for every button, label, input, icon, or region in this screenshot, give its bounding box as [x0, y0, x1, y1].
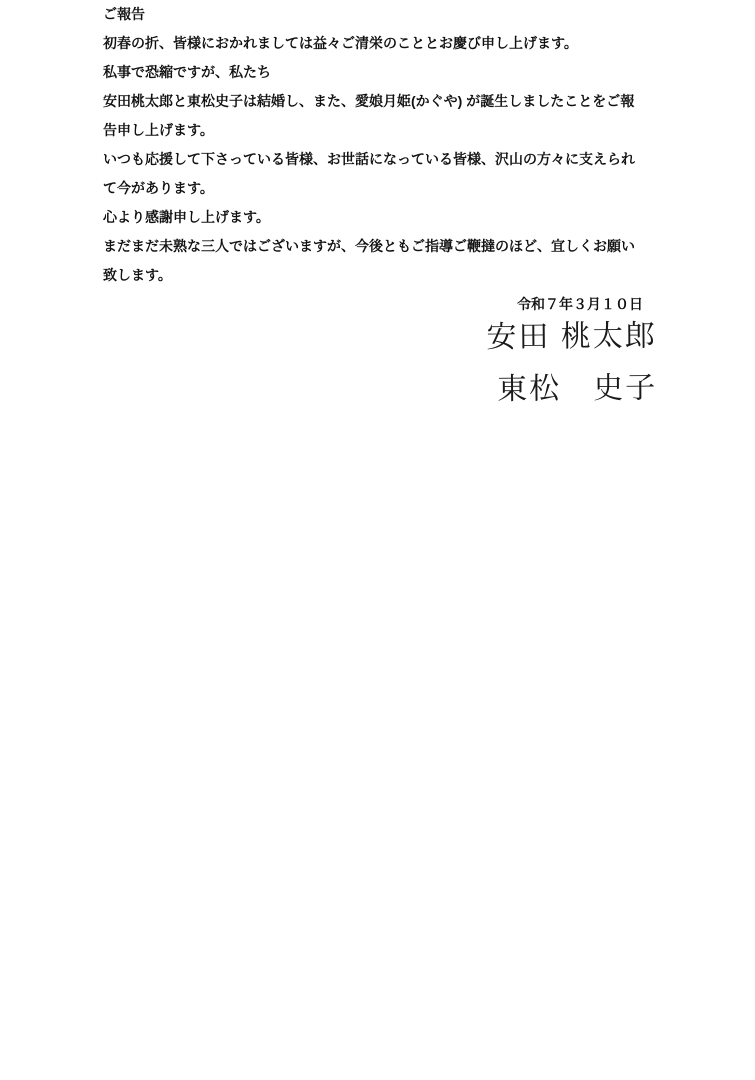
signature-tomatsu-fumiko: 東松 史子 [103, 363, 657, 420]
marriage-birth-announcement-paragraph: 安田桃太郎と東松史子は結婚し、また、愛娘月姫(かぐや) が誕生しましたことをご報… [103, 87, 643, 145]
announcement-letter-page: ご報告 初春の折、皆様におかれましては益々ご清栄のこととお慶び申し上げます。 私… [0, 0, 755, 1080]
signature-yasuda-momotaro: 安田 桃太郎 [103, 311, 657, 368]
letter-body: ご報告 初春の折、皆様におかれましては益々ご清栄のこととお慶び申し上げます。 私… [103, 0, 643, 417]
seasonal-greeting-paragraph: 初春の折、皆様におかれましては益々ご清栄のこととお慶び申し上げます。 [103, 29, 643, 58]
signature-block: 安田 桃太郎 東松 史子 [103, 311, 658, 420]
closing-request-paragraph: まだまだ未熟な三人ではございますが、今後ともご指導ご鞭撻のほど、宜しくお願い致し… [103, 232, 643, 290]
letter-title: ご報告 [103, 0, 643, 29]
intro-paragraph: 私事で恐縮ですが、私たち [103, 58, 643, 87]
gratitude-closing-paragraph: 心より感謝申し上げます。 [103, 203, 643, 232]
gratitude-paragraph: いつも応援して下さっている皆様、お世話になっている皆様、沢山の方々に支えられて今… [103, 145, 643, 203]
